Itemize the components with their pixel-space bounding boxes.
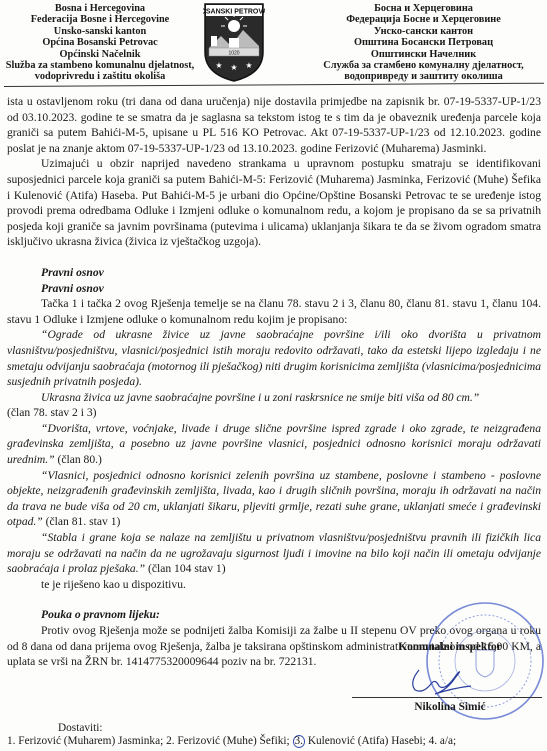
article-reference: (član 81. stav 1) <box>43 515 121 528</box>
document-page: Bosna i Hercegovina Federacija Bosne i H… <box>0 0 547 751</box>
header-latin: Bosna i Hercegovina Federacija Bosne i H… <box>0 3 200 83</box>
svg-text:★: ★ <box>245 61 252 70</box>
svg-text:★: ★ <box>230 63 237 72</box>
conclusion: te je riješeno kao u dispozitivu. <box>7 577 541 593</box>
municipal-coat-of-arms-icon: BOSANSKI PETROVAC 1020 ★★★ <box>203 2 265 82</box>
header-line: Općina Bosanski Petrovac <box>0 37 200 48</box>
article-reference: (član 104 stav 1) <box>145 562 226 575</box>
delivery-item: 2. Ferizović (Muhe) Šefiki; <box>166 735 290 747</box>
signatory-title: Komunalni inspektor <box>360 641 540 653</box>
header-line: Služba za stambeno komunalnu djelatnost, <box>0 60 200 71</box>
quote: “Stabla i grane koja se nalaze na zemlji… <box>7 531 541 575</box>
delivery-item-marked: 3. <box>293 735 305 748</box>
section-heading: Pravni osnov <box>41 265 541 281</box>
article-reference: (član 78. stav 2 i 3) <box>7 405 541 421</box>
header-line: Općinski Načelnik <box>0 49 200 60</box>
document-body: ista u ostavljenom roku (tri dana od dan… <box>7 94 541 670</box>
delivery-item: 4. a/a; <box>429 735 457 747</box>
quote: Ukrasna živica uz javne saobraćajne povr… <box>7 390 541 406</box>
header-line: Federacija Bosne i Hercegovine <box>0 14 200 25</box>
handwritten-signature-icon <box>405 664 475 696</box>
svg-text:★: ★ <box>215 61 222 70</box>
paragraph: Uzimajući u obzir naprijed navedeno stra… <box>7 156 541 250</box>
paragraph: Tačka 1 i tačka 2 ovog Rješenja temelje … <box>7 296 541 327</box>
delivery-item: Kulenović (Atifa) Hasebi; <box>308 735 426 747</box>
delivery-label: Dostaviti: <box>58 722 103 734</box>
article-reference: (član 80.) <box>55 453 102 466</box>
section-heading: Pravni osnov <box>41 281 541 297</box>
svg-text:1020: 1020 <box>228 51 239 57</box>
header-line: Општина Босански Петровац <box>300 37 547 48</box>
header-line: водопривреду и заштиту околиша <box>300 71 547 82</box>
header-line: vodoprivredu i zaštitu okoliša <box>0 71 200 82</box>
header-divider <box>4 83 544 87</box>
signature-line <box>352 697 542 698</box>
header-line: Unsko-sanski kanton <box>0 26 200 37</box>
delivery-item: 1. Ferizović (Muharem) Jasminka; <box>7 735 163 747</box>
delivery-list: 1. Ferizović (Muharem) Jasminka; 2. Feri… <box>7 735 456 748</box>
header-cyrillic: Босна и Херцеговина Федерација Босне и Х… <box>300 3 547 83</box>
header-line: Служба за стамбено комуналну дјелатност, <box>300 60 547 71</box>
header-line: Bosna i Hercegovina <box>0 3 200 14</box>
paragraph: ista u ostavljenom roku (tri dana od dan… <box>7 94 541 156</box>
header-line: Општински Начелник <box>300 49 547 60</box>
signatory-name: Nikolina Simić <box>360 701 540 713</box>
header-line: Босна и Херцеговина <box>300 3 547 14</box>
header-line: Федерација Босне и Херцеговине <box>300 14 547 25</box>
header-line: Унско-сански кантон <box>300 26 547 37</box>
quote: “Ograde od ukrasne živice uz javne saobr… <box>7 327 541 389</box>
